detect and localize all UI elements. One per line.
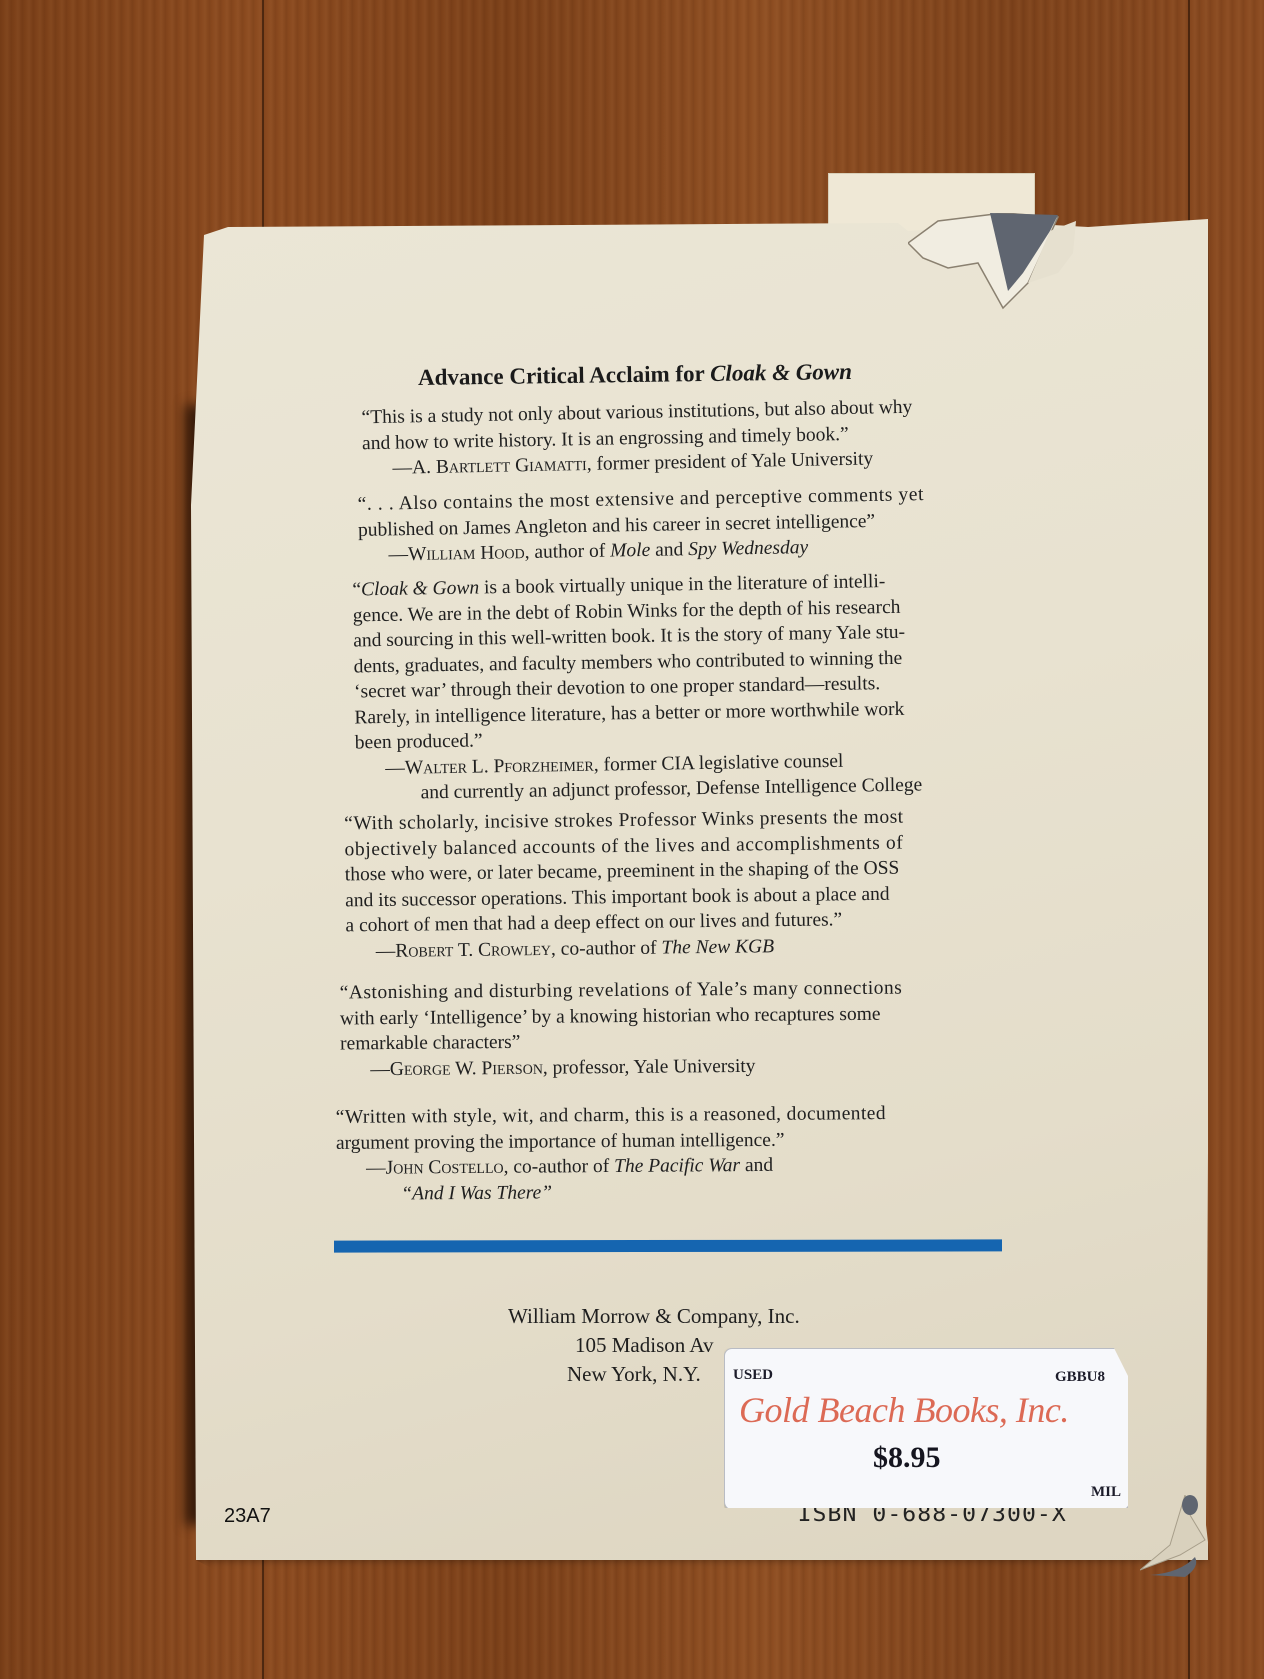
blurb-work-title: Spy Wednesday	[688, 537, 808, 560]
blue-divider-rule	[334, 1239, 1002, 1252]
blurb-crowley: “With scholarly, incisive strokes Profes…	[344, 805, 905, 965]
sticker-store-code: GBBU8	[1055, 1369, 1105, 1386]
blurb-joiner: and	[740, 1155, 773, 1176]
heading-text: Advance Critical Acclaim for	[418, 361, 710, 390]
blurb-costello: “Written with style, wit, and charm, thi…	[336, 1101, 887, 1207]
blurb-hood: “. . . Also contains the most extensive …	[357, 482, 925, 568]
blurb-author: John Costello	[386, 1157, 504, 1179]
blurb-affiliation: , former CIA legislative counsel	[594, 750, 844, 775]
blurb-affiliation: , co-author of	[551, 937, 662, 959]
blurb-attribution: —George W. Pierson, professor, Yale Univ…	[340, 1052, 903, 1082]
sticker-section: MIL	[1091, 1484, 1121, 1501]
blurb-text: is a book virtually unique in the litera…	[479, 571, 885, 598]
price-sticker: USED GBBU8 Gold Beach Books, Inc. $8.95 …	[724, 1348, 1130, 1510]
blurb-attribution-cont: “And I Was There”	[336, 1178, 886, 1207]
blurb-joiner: and	[650, 539, 688, 561]
blurb-giamatti: “This is a study not only about various …	[361, 395, 913, 482]
blurb-line: argument proving the importance of human…	[336, 1127, 886, 1156]
blurb-affiliation: , author of	[524, 541, 610, 563]
blurb-work-title: Mole	[610, 540, 650, 562]
blurb-author: George W. Pierson	[390, 1057, 543, 1079]
blurb-work-title: The New KGB	[661, 936, 774, 958]
sticker-condition: USED	[733, 1367, 773, 1384]
publisher-name: William Morrow & Company, Inc.	[508, 1302, 800, 1331]
blurb-line: “Written with style, wit, and charm, thi…	[336, 1101, 886, 1130]
blurb-pforzheimer: “Cloak & Gown is a book virtually unique…	[352, 569, 922, 807]
sticker-store-name: Gold Beach Books, Inc.	[739, 1389, 1069, 1431]
torn-corner-cloth	[908, 213, 1078, 323]
torn-corner-bottom	[1140, 1495, 1230, 1585]
blurb-author: William Hood	[408, 542, 525, 565]
blurb-attribution: —John Costello, co-author of The Pacific…	[336, 1152, 886, 1181]
blurb-author: Robert T. Crowley	[395, 938, 551, 961]
heading-book-title: Cloak & Gown	[710, 359, 852, 386]
sticker-price: $8.95	[873, 1441, 941, 1475]
blurb-work-title: The Pacific War	[614, 1155, 740, 1177]
blurb-affiliation: , former president of Yale University	[587, 448, 874, 474]
blurb-affiliation: , co-author of	[504, 1156, 615, 1178]
blurb-author: Walter L. Pforzheimer	[405, 754, 594, 778]
print-code: 23A7	[224, 1505, 271, 1528]
blurb-author: A. Bartlett Giamatti	[412, 454, 587, 478]
blurb-pierson: “Astonishing and disturbing revelations …	[340, 976, 904, 1083]
blurb-affiliation: , professor, Yale University	[543, 1055, 756, 1078]
blurb-line: with early ‘Intelligence’ by a knowing h…	[340, 1001, 903, 1031]
blurb-work-title: “And I Was There”	[401, 1182, 552, 1204]
blurb-book-title: Cloak & Gown	[361, 577, 479, 600]
